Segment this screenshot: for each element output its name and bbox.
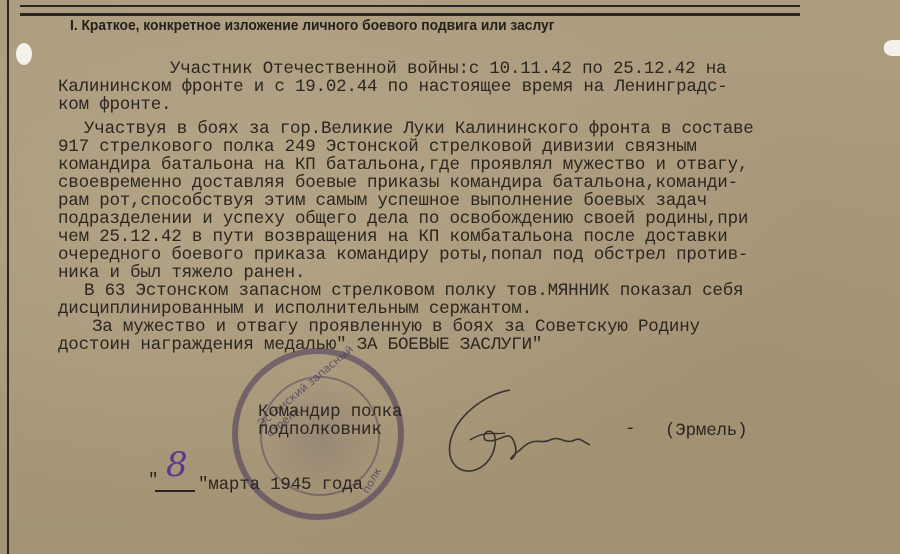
section-heading: I. Краткое, конкретное изложение личного… bbox=[70, 17, 554, 34]
date-month-year: "марта 1945 года bbox=[198, 476, 363, 494]
body-line: Калининском фронте и с 19.02.44 по насто… bbox=[58, 78, 728, 96]
body-line: За мужество и отвагу проявленную в боях … bbox=[92, 318, 700, 336]
body-line: 917 стрелкового полка 249 Эстонской стре… bbox=[58, 138, 697, 156]
signatory-rank: подполковник bbox=[258, 421, 382, 439]
body-line: своевременно доставляя боевые приказы ко… bbox=[58, 174, 738, 192]
handwritten-signature bbox=[440, 385, 610, 480]
body-line: командира батальона на КП батальона,где … bbox=[58, 156, 748, 174]
body-line: подразделении и успеху общего дела по ос… bbox=[58, 210, 748, 228]
body-line: чем 25.12.42 в пути возвращения на КП ко… bbox=[58, 228, 728, 246]
document-page: I. Краткое, конкретное изложение личного… bbox=[0, 0, 900, 554]
body-line: очередного боевого приказа командиру рот… bbox=[58, 246, 748, 264]
body-line: рам рот,способствуя этим самым успешное … bbox=[58, 192, 707, 210]
punch-hole-right bbox=[884, 40, 900, 56]
body-line: Участник Отечественной войны:с 10.11.42 … bbox=[170, 60, 726, 78]
date-day-handwritten: 8 bbox=[166, 445, 188, 485]
date-underline bbox=[155, 490, 195, 492]
left-border-line bbox=[7, 0, 9, 554]
body-line: дисциплинированным и исполнительным серж… bbox=[58, 300, 532, 318]
top-rule-thin bbox=[20, 5, 800, 7]
date-open-quote: " bbox=[148, 472, 158, 490]
signatory-title: Командир полка bbox=[258, 403, 402, 421]
body-line: ком фронте. bbox=[58, 96, 171, 114]
body-line: Участвуя в боях за гор.Великие Луки Кали… bbox=[84, 120, 754, 138]
signature-dash: - bbox=[625, 420, 635, 438]
signatory-name: (Эрмель) bbox=[665, 422, 747, 440]
punch-hole-left bbox=[16, 43, 32, 65]
body-line: ника и был тяжело ранен. bbox=[58, 264, 305, 282]
top-rule-thick bbox=[20, 13, 800, 16]
body-line: В 63 Эстонском запасном стрелковом полку… bbox=[84, 282, 743, 300]
